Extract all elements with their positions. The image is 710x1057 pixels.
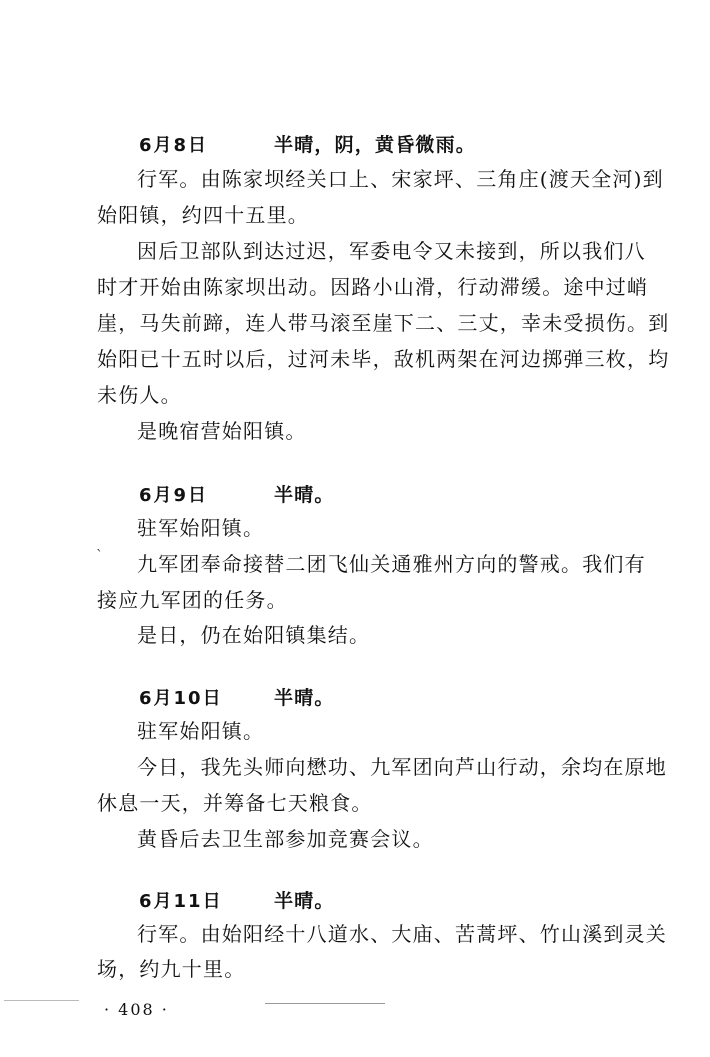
entry-heading: 6月9日半晴。 [97, 483, 632, 508]
paragraph-line: 休息一天，并筹备七天粮食。 [97, 791, 632, 815]
entry-weather: 半晴，阴，黄昏微雨。 [274, 133, 476, 157]
entry-heading: 6月8日半晴，阴，黄昏微雨。 [97, 133, 632, 158]
paragraph-line: 接应九军团的任务。 [97, 588, 632, 612]
paragraph-line: 始阳已十五时以后，过河未毕，敌机两架在河边掷弹三枚，均 [97, 347, 632, 371]
entry-date: 6月11日 [139, 890, 274, 914]
scan-mark: ` [96, 548, 103, 564]
entry-weather: 半晴。 [274, 686, 335, 710]
entry-weather: 半晴。 [274, 889, 335, 913]
paragraph-line: 未伤人。 [97, 383, 632, 407]
paragraph-line: 行军。由陈家坝经关口上、宋家坪、三角庄(渡天全河)到 [97, 167, 632, 191]
paragraph-line: 驻军始阳镇。 [97, 719, 632, 743]
paragraph-line: 始阳镇，约四十五里。 [97, 203, 632, 227]
paragraph-line: 时才开始由陈家坝出动。因路小山滑，行动滞缓。途中过峭 [97, 275, 632, 299]
paragraph-line: 九军团奉命接替二团飞仙关通雅州方向的警戒。我们有 [97, 552, 632, 576]
entry-date: 6月10日 [139, 687, 274, 711]
paragraph-line: 崖，马失前蹄，连人带马滚至崖下二、三丈，幸未受损伤。到 [97, 311, 632, 335]
paragraph-line: 场，约九十里。 [97, 957, 632, 981]
paragraph-line: 是晚宿营始阳镇。 [97, 419, 632, 443]
scan-edge-line [4, 1000, 79, 1001]
entry-weather: 半晴。 [274, 483, 335, 507]
entry-date: 6月8日 [139, 134, 274, 158]
paragraph-line: 因后卫部队到达过迟，军委电令又未接到，所以我们八 [97, 239, 632, 263]
paragraph-line: 是日，仍在始阳镇集结。 [97, 623, 632, 647]
entry-heading: 6月11日半晴。 [97, 889, 632, 914]
entry-date: 6月9日 [139, 484, 274, 508]
entry-heading: 6月10日半晴。 [97, 686, 632, 711]
scan-edge-line [265, 1003, 385, 1004]
paragraph-line: 驻军始阳镇。 [97, 516, 632, 540]
paragraph-line: 行军。由始阳经十八道水、大庙、苦蒿坪、竹山溪到灵关 [97, 922, 632, 946]
page-number: · 408 · [104, 1000, 169, 1019]
paragraph-line: 黄昏后去卫生部参加竞赛会议。 [97, 827, 632, 851]
paragraph-line: 今日，我先头师向懋功、九军团向芦山行动，余均在原地 [97, 755, 632, 779]
